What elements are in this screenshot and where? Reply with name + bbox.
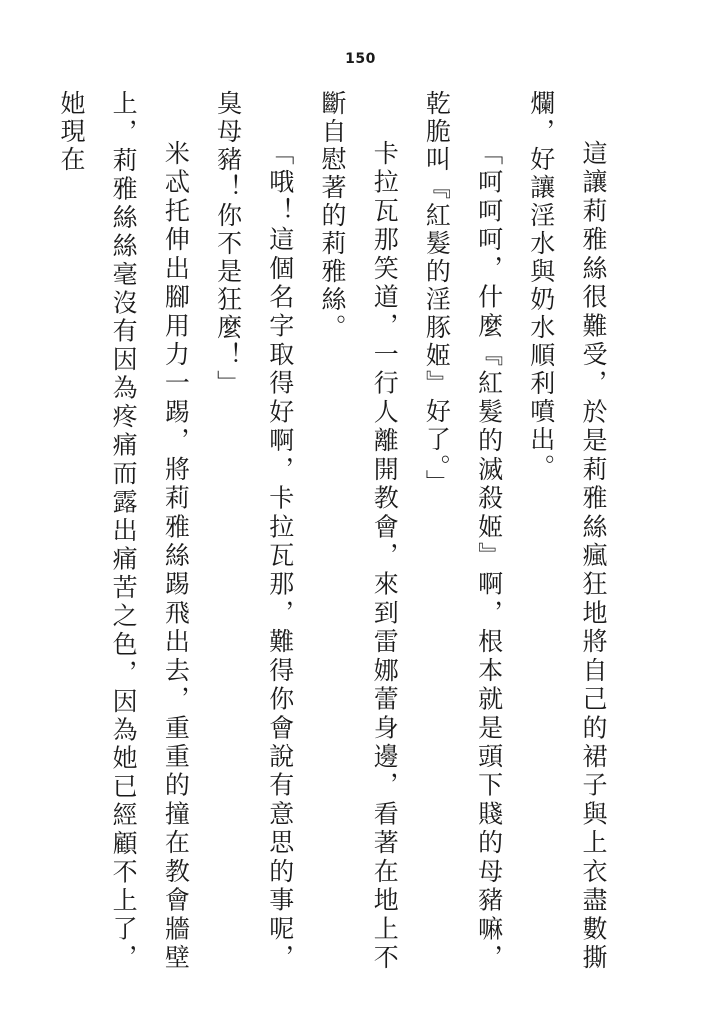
page-number: 150 [0,51,721,67]
novel-text-block: 這讓莉雅絲很難受，於是莉雅絲瘋狂地將自己的裙子與上衣盡數撕爛，好讓淫水與奶水順利… [96,90,618,972]
paragraph: 這讓莉雅絲很難受，於是莉雅絲瘋狂地將自己的裙子與上衣盡數撕爛，好讓淫水與奶水順利… [514,90,618,972]
book-page: 150 這讓莉雅絲很難受，於是莉雅絲瘋狂地將自己的裙子與上衣盡數撕爛，好讓淫水與… [0,0,721,1020]
paragraph: 「哦！這個名字取得好啊，卡拉瓦那，難得你會說有意思的事呢，臭母豬！你不是狂麼！」 [200,90,304,972]
paragraph: 「呵呵呵，什麼『紅髮的滅殺姬』啊，根本就是頭下賤的母豬嘛，乾脆叫『紅髮的淫豚姬』… [409,90,513,972]
paragraph: 卡拉瓦那笑道，一行人離開教會，來到雷娜蕾身邊，看著在地上不斷自慰著的莉雅絲。 [305,90,409,972]
paragraph: 米忒托伸出腳用力一踢，將莉雅絲踢飛出去，重重的撞在教會牆壁上，莉雅絲絲毫沒有因為… [44,90,201,972]
